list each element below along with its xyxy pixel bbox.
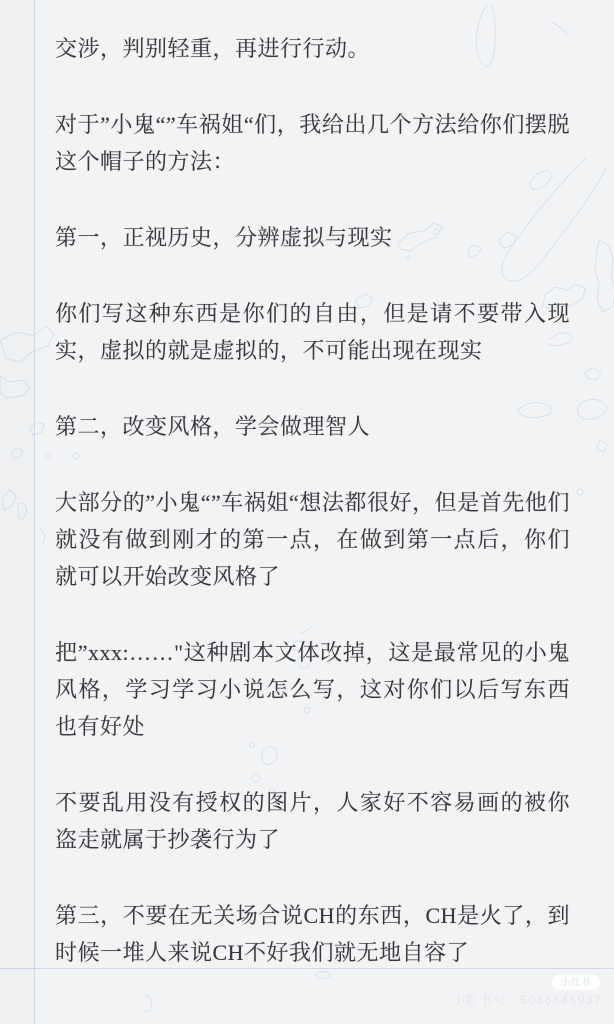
paragraph-4: 你们写这种东西是你们的自由，但是请不要带入现实，虚拟的就是虚拟的，不可能出现在现…: [55, 295, 570, 369]
xiaohongshu-badge-watermark: 小红书: [552, 974, 600, 990]
paragraph-6: 大部分的”小鬼“”车祸姐“想法都很好，但是首先他们就没有做到刚才的第一点，在做到…: [55, 484, 570, 595]
vertical-rule: [34, 0, 35, 1024]
note-text: 交涉，判别轻重，再进行行动。 对于”小鬼“”车祸姐“们，我给出几个方法给你们摆脱…: [55, 0, 570, 971]
paragraph-9: 第三，不要在无关场合说CH的东西，CH是火了，到时候一堆人来说CH不好我们就无地…: [55, 897, 570, 971]
paragraph-2: 对于”小鬼“”车祸姐“们，我给出几个方法给你们摆脱这个帽子的方法：: [55, 106, 570, 180]
xiaohongshu-id-watermark: 小红书号：5036646937: [453, 991, 602, 1008]
note-page: 交涉，判别轻重，再进行行动。 对于”小鬼“”车祸姐“们，我给出几个方法给你们摆脱…: [0, 0, 614, 1024]
paragraph-1: 交涉，判别轻重，再进行行动。: [55, 30, 570, 67]
left-margin-strip: [0, 0, 34, 1024]
paragraph-7: 把”xxx:……"这种剧本文体改掉，这是最常见的小鬼风格，学习学习小说怎么写，这…: [55, 634, 570, 745]
paragraph-3: 第一，正视历史，分辨虚拟与现实: [55, 219, 570, 256]
horizontal-rule: [0, 968, 614, 969]
paragraph-8: 不要乱用没有授权的图片，人家好不容易画的被你盗走就属于抄袭行为了: [55, 784, 570, 858]
paragraph-5: 第二，改变风格，学会做理智人: [55, 408, 570, 445]
